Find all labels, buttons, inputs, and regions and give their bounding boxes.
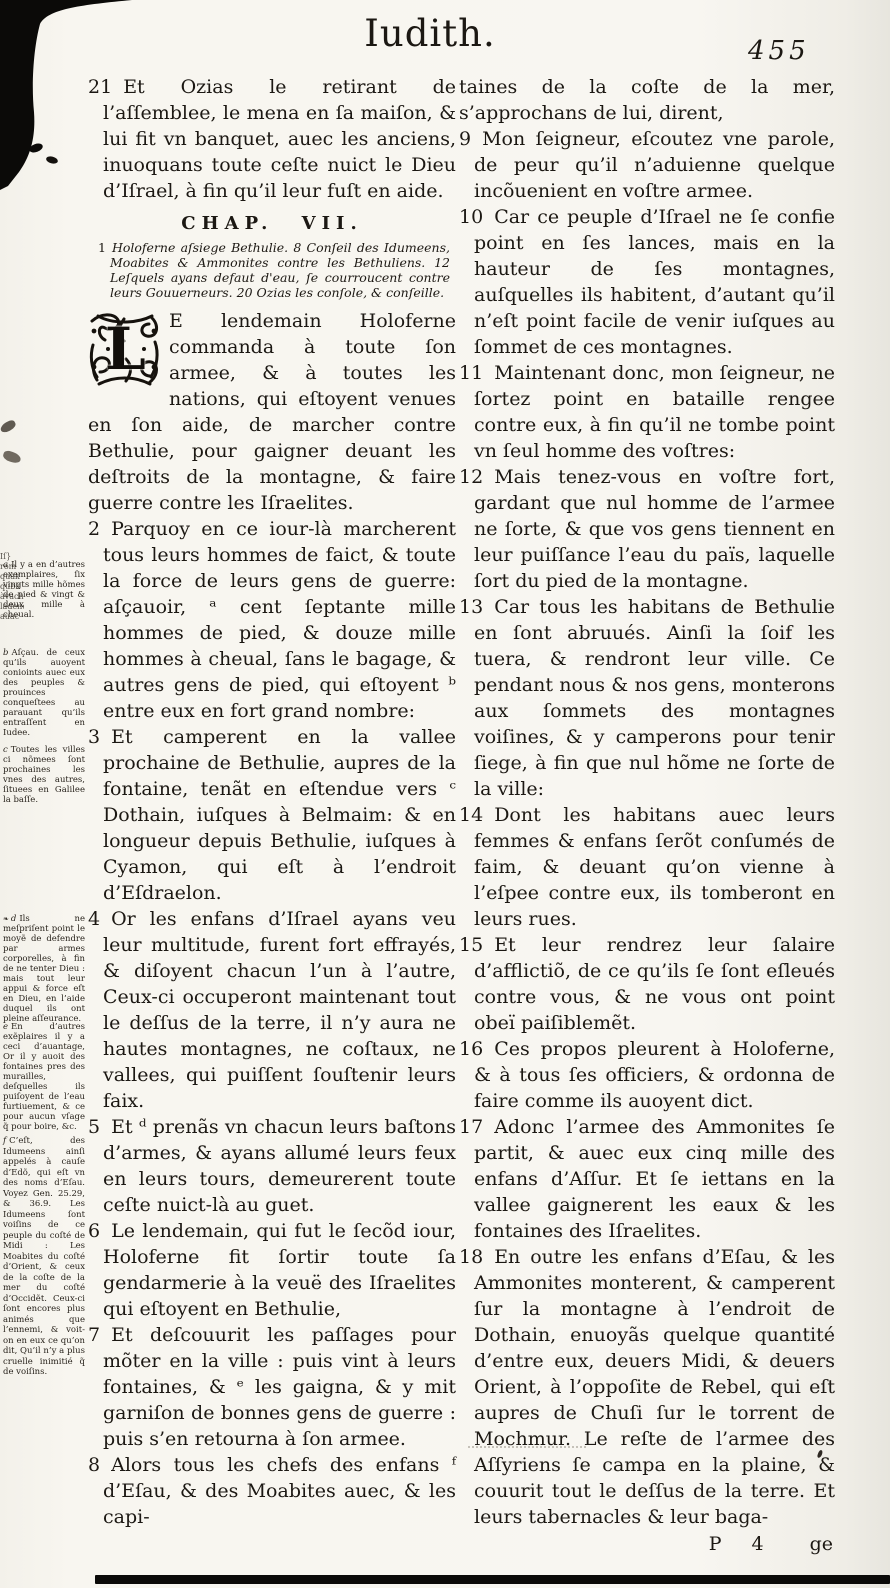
verse-text: Or les enfans d’Iſrael ayans veu leur mu… xyxy=(103,908,456,1112)
verse-number: 6 xyxy=(88,1220,100,1242)
verse-number: 2 xyxy=(88,518,100,540)
margin-note-c: cToutes les villes ci nõmees ſont procha… xyxy=(3,745,85,805)
verse-text: Et ᵈ prenãs vn chacun leurs baſtons d’ar… xyxy=(103,1116,456,1216)
note-text: En d’autres exẽplaires il y a ceci d’aua… xyxy=(3,1022,85,1132)
gathering-signature: P xyxy=(709,1530,722,1558)
verse-number: 16 xyxy=(459,1038,483,1060)
verse-paragraph: 9Mon ſeigneur, eſcoutez vne parole, de p… xyxy=(459,126,835,204)
verse-paragraph: 13Car tous les habitans de Bethulie en ſ… xyxy=(459,594,835,802)
drop-cap-letter: L xyxy=(105,313,146,385)
verse-paragraph: 7Et deſcouurit les paſſages pour mõter e… xyxy=(88,1322,456,1452)
verse-number: 14 xyxy=(459,804,483,826)
gathering-signature-number: 4 xyxy=(751,1530,763,1558)
verse-text: Mon ſeigneur, eſcoutez vne parole, de pe… xyxy=(474,128,835,202)
edge-text-fragments: Iſ} rom quàk qubk àvach ladene auac xyxy=(0,552,24,622)
margin-note-e: eEn d’autres exẽplaires il y a ceci d’au… xyxy=(3,1022,85,1132)
verse-number: 21 xyxy=(88,76,112,98)
chapter-summary: 1Holoferne aſsiege Bethulie. 8 Conſeil d… xyxy=(98,240,450,300)
verse-number: 5 xyxy=(88,1116,100,1138)
leaf-mark-icon: ❧ xyxy=(3,915,9,923)
verse-paragraph: 2Parquoy en ce iour-là marcherent tous l… xyxy=(88,516,456,724)
summary-text: Holoferne aſsiege Bethulie. 8 Conſeil de… xyxy=(110,240,450,300)
verse-paragraph: 14Dont les habitans auec leurs femmes & … xyxy=(459,802,835,932)
note-text: Ils ne meſpriſent point le moyẽ de defen… xyxy=(3,914,85,1024)
verse-paragraph: 6Le lendemain, qui fut le ſecõd iour, Ho… xyxy=(88,1218,456,1322)
note-letter: c xyxy=(3,745,8,755)
verse-text: Et leur rendrez leur ſalaire d’afflictiõ… xyxy=(474,934,835,1034)
verse-number: 18 xyxy=(459,1246,483,1268)
verse-number: 12 xyxy=(459,466,483,488)
verse-paragraph: L E lendemain Holoferne commanda à toute… xyxy=(88,308,456,516)
right-text-column: taines de la coſte de la mer, s’approcha… xyxy=(459,74,835,1558)
verse-text: Le lendemain, qui fut le ſecõd iour, Hol… xyxy=(103,1220,456,1320)
chapter-heading: CHAP. VII. xyxy=(88,213,456,234)
verse-text: Mais tenez-vous en voſtre fort, gardant … xyxy=(474,466,835,592)
margin-note-f: fC’eſt, des Idumeens ainſi appelés à cau… xyxy=(3,1136,85,1378)
verse-paragraph: 8Alors tous les chefs des enfans ᶠ d’Eſa… xyxy=(88,1452,456,1530)
verse-paragraph: 10Car ce peuple d’Iſrael ne ſe confie po… xyxy=(459,204,835,360)
verse-paragraph: 5Et ᵈ prenãs vn chacun leurs baſtons d’a… xyxy=(88,1114,456,1218)
verse-text: Et Ozias le retirant de l’aſſemblee, le … xyxy=(103,76,456,202)
catchword: ge xyxy=(810,1530,833,1558)
ornate-initial-woodcut: L xyxy=(88,311,160,387)
note-text: Toutes les villes ci nõmees ſont prochai… xyxy=(3,745,85,805)
note-text: Aſçau. de ceux qu’ils auoyent conioints … xyxy=(3,648,85,738)
verse-text: Alors tous les chefs des enfans ᶠ d’Eſau… xyxy=(103,1454,456,1528)
signature-line: P 4 ge xyxy=(459,1530,835,1558)
verse-paragraph: 3Et camperent en la vallee prochaine de … xyxy=(88,724,456,906)
verse-text: Dont les habitans auec leurs femmes & en… xyxy=(474,804,835,930)
page-number: 455 xyxy=(748,36,828,66)
verse-text: Car ce peuple d’Iſrael ne ſe confie poin… xyxy=(474,206,835,358)
book-page: Iudith. 455 21Et Ozias le retirant de l’… xyxy=(0,0,890,1588)
verse-paragraph: 12Mais tenez-vous en voſtre fort, gardan… xyxy=(459,464,835,594)
verse-text: En outre les enfans d’Eſau, & les Ammoni… xyxy=(474,1246,835,1528)
verse-text: Ces propos pleurent à Holoferne, & à tou… xyxy=(474,1038,835,1112)
verse-continuation: taines de la coſte de la mer, s’approcha… xyxy=(459,74,835,126)
verse-paragraph: 21Et Ozias le retirant de l’aſſemblee, l… xyxy=(88,74,456,204)
verse-number: 9 xyxy=(459,128,471,150)
note-letter: e xyxy=(3,1022,8,1032)
verse-number: 15 xyxy=(459,934,483,956)
verse-text: Car tous les habitans de Bethulie en ſon… xyxy=(474,596,835,800)
verse-text: Et camperent en la vallee prochaine de B… xyxy=(103,726,456,904)
verse-paragraph: 15Et leur rendrez leur ſalaire d’afflict… xyxy=(459,932,835,1036)
verse-text: Adonc l’armee des Ammonites ſe partit, &… xyxy=(474,1116,835,1242)
verse-number: 4 xyxy=(88,908,100,930)
verse-paragraph: 18En outre les enfans d’Eſau, & les Ammo… xyxy=(459,1244,835,1530)
scan-edge-bar-artifact xyxy=(95,1575,890,1584)
verse-paragraph: 11Maintenant donc, mon ſeigneur, ne ſort… xyxy=(459,360,835,464)
verse-number: 17 xyxy=(459,1116,483,1138)
verse-number: 7 xyxy=(88,1324,100,1346)
note-text: C’eſt, des Idumeens ainſi appelés à cauſ… xyxy=(3,1136,85,1377)
verse-text: Et deſcouurit les paſſages pour mõter en… xyxy=(103,1324,456,1450)
verse-paragraph: 16Ces propos pleurent à Holoferne, & à t… xyxy=(459,1036,835,1114)
verse-number: 8 xyxy=(88,1454,100,1476)
note-letter: f xyxy=(3,1136,6,1146)
summary-number: 1 xyxy=(98,240,106,255)
note-letter: b xyxy=(3,648,8,658)
ink-speck-artifact xyxy=(2,449,22,464)
verse-number: 13 xyxy=(459,596,483,618)
verse-number: 10 xyxy=(459,206,483,228)
margin-note-b: bAſçau. de ceux qu’ils auoyent conioints… xyxy=(3,648,85,738)
note-letter: d xyxy=(11,914,16,924)
ink-speck-artifact xyxy=(0,419,17,434)
verse-number: 3 xyxy=(88,726,100,748)
verse-number: 11 xyxy=(459,362,483,384)
running-head-title: Iudith. xyxy=(270,12,590,55)
margin-note-d: ❧dIls ne meſpriſent point le moyẽ de def… xyxy=(3,914,85,1024)
verse-paragraph: 4Or les enfans d’Iſrael ayans veu leur m… xyxy=(88,906,456,1114)
verse-text: Maintenant donc, mon ſeigneur, ne ſortez… xyxy=(474,362,835,462)
left-text-column: 21Et Ozias le retirant de l’aſſemblee, l… xyxy=(88,74,456,1530)
verse-paragraph: 17Adonc l’armee des Ammonites ſe partit,… xyxy=(459,1114,835,1244)
verse-text: Parquoy en ce iour-là marcherent tous le… xyxy=(103,518,456,722)
